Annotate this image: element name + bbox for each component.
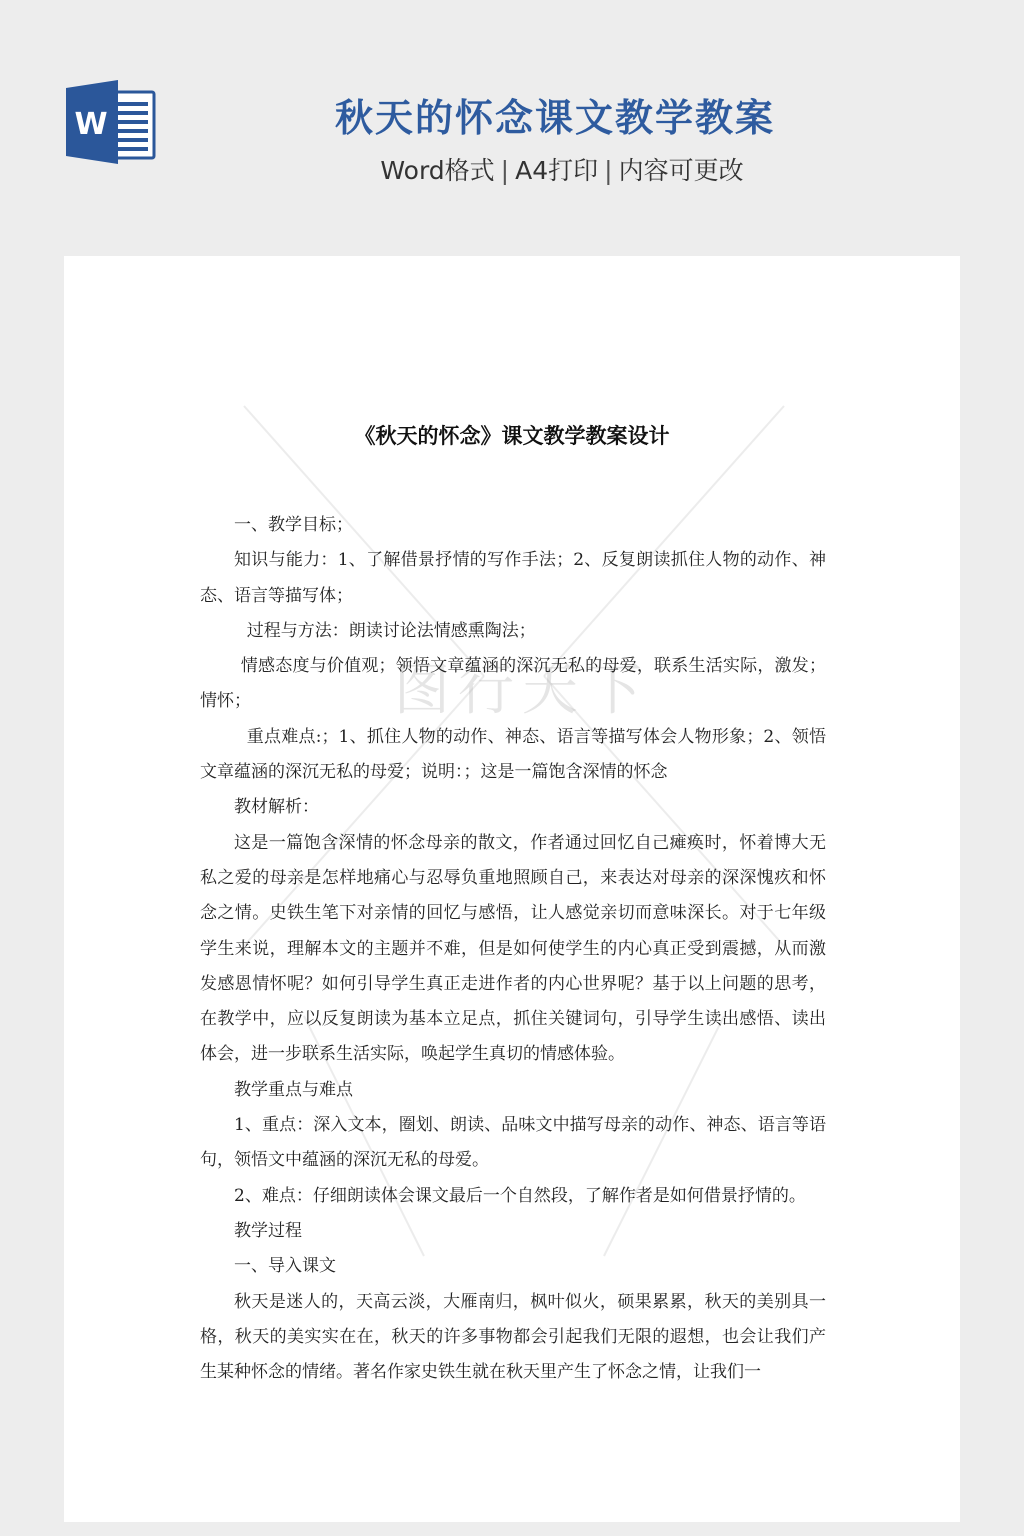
paragraph-focus-heading: 教学重点与难点 (200, 1073, 826, 1108)
subtitle-separator: | (604, 152, 612, 190)
subtitle-separator: | (501, 152, 509, 190)
page-subtitle: Word格式|A4打印|内容可更改 (0, 152, 1024, 190)
paragraph-process: 过程与方法：朗读讨论法情感熏陶法； (200, 614, 826, 649)
header-banner: W 秋天的怀念课文教学教案 Word格式|A4打印|内容可更改 (0, 0, 1024, 256)
paragraph-knowledge: 知识与能力：1、了解借景抒情的写作手法；2、反复朗读抓住人物的动作、神态、语言等… (200, 543, 826, 614)
paragraph-material: 这是一篇饱含深情的怀念母亲的散文，作者通过回忆自己瘫痪时，怀着博大无私之爱的母亲… (200, 826, 826, 1073)
document-title: 《秋天的怀念》课文教学教案设计 (64, 420, 960, 452)
paragraph-focus-1: 1、重点：深入文本，圈划、朗读、品味文中描写母亲的动作、神态、语言等语句，领悟文… (200, 1108, 826, 1179)
subtitle-print: A4打印 (515, 156, 598, 185)
paragraph-intro-heading: 一、导入课文 (200, 1249, 826, 1284)
paragraph-focus-2: 2、难点：仔细朗读体会课文最后一个自然段，了解作者是如何借景抒情的。 (200, 1179, 826, 1214)
document-page: 图行天下 《秋天的怀念》课文教学教案设计 一、教学目标； 知识与能力：1、了解借… (64, 256, 960, 1522)
paragraph-objectives-heading: 一、教学目标； (200, 508, 826, 543)
page-title: 秋天的怀念课文教学教案 (0, 92, 1024, 144)
paragraph-key-points: 重点难点:；1、抓住人物的动作、神态、语言等描写体会人物形象；2、领悟文章蕴涵的… (200, 720, 826, 791)
subtitle-format: Word格式 (380, 156, 494, 185)
paragraph-emotion: 情感态度与价值观；领悟文章蕴涵的深沉无私的母爱，联系生活实际，激发；情怀； (200, 649, 826, 720)
paragraph-process-heading: 教学过程 (200, 1214, 826, 1249)
subtitle-editable: 内容可更改 (619, 156, 744, 185)
paragraph-intro: 秋天是迷人的，天高云淡，大雁南归，枫叶似火，硕果累累，秋天的美别具一格，秋天的美… (200, 1285, 826, 1391)
document-body: 一、教学目标； 知识与能力：1、了解借景抒情的写作手法；2、反复朗读抓住人物的动… (200, 508, 826, 1390)
paragraph-material-heading: 教材解析： (200, 790, 826, 825)
